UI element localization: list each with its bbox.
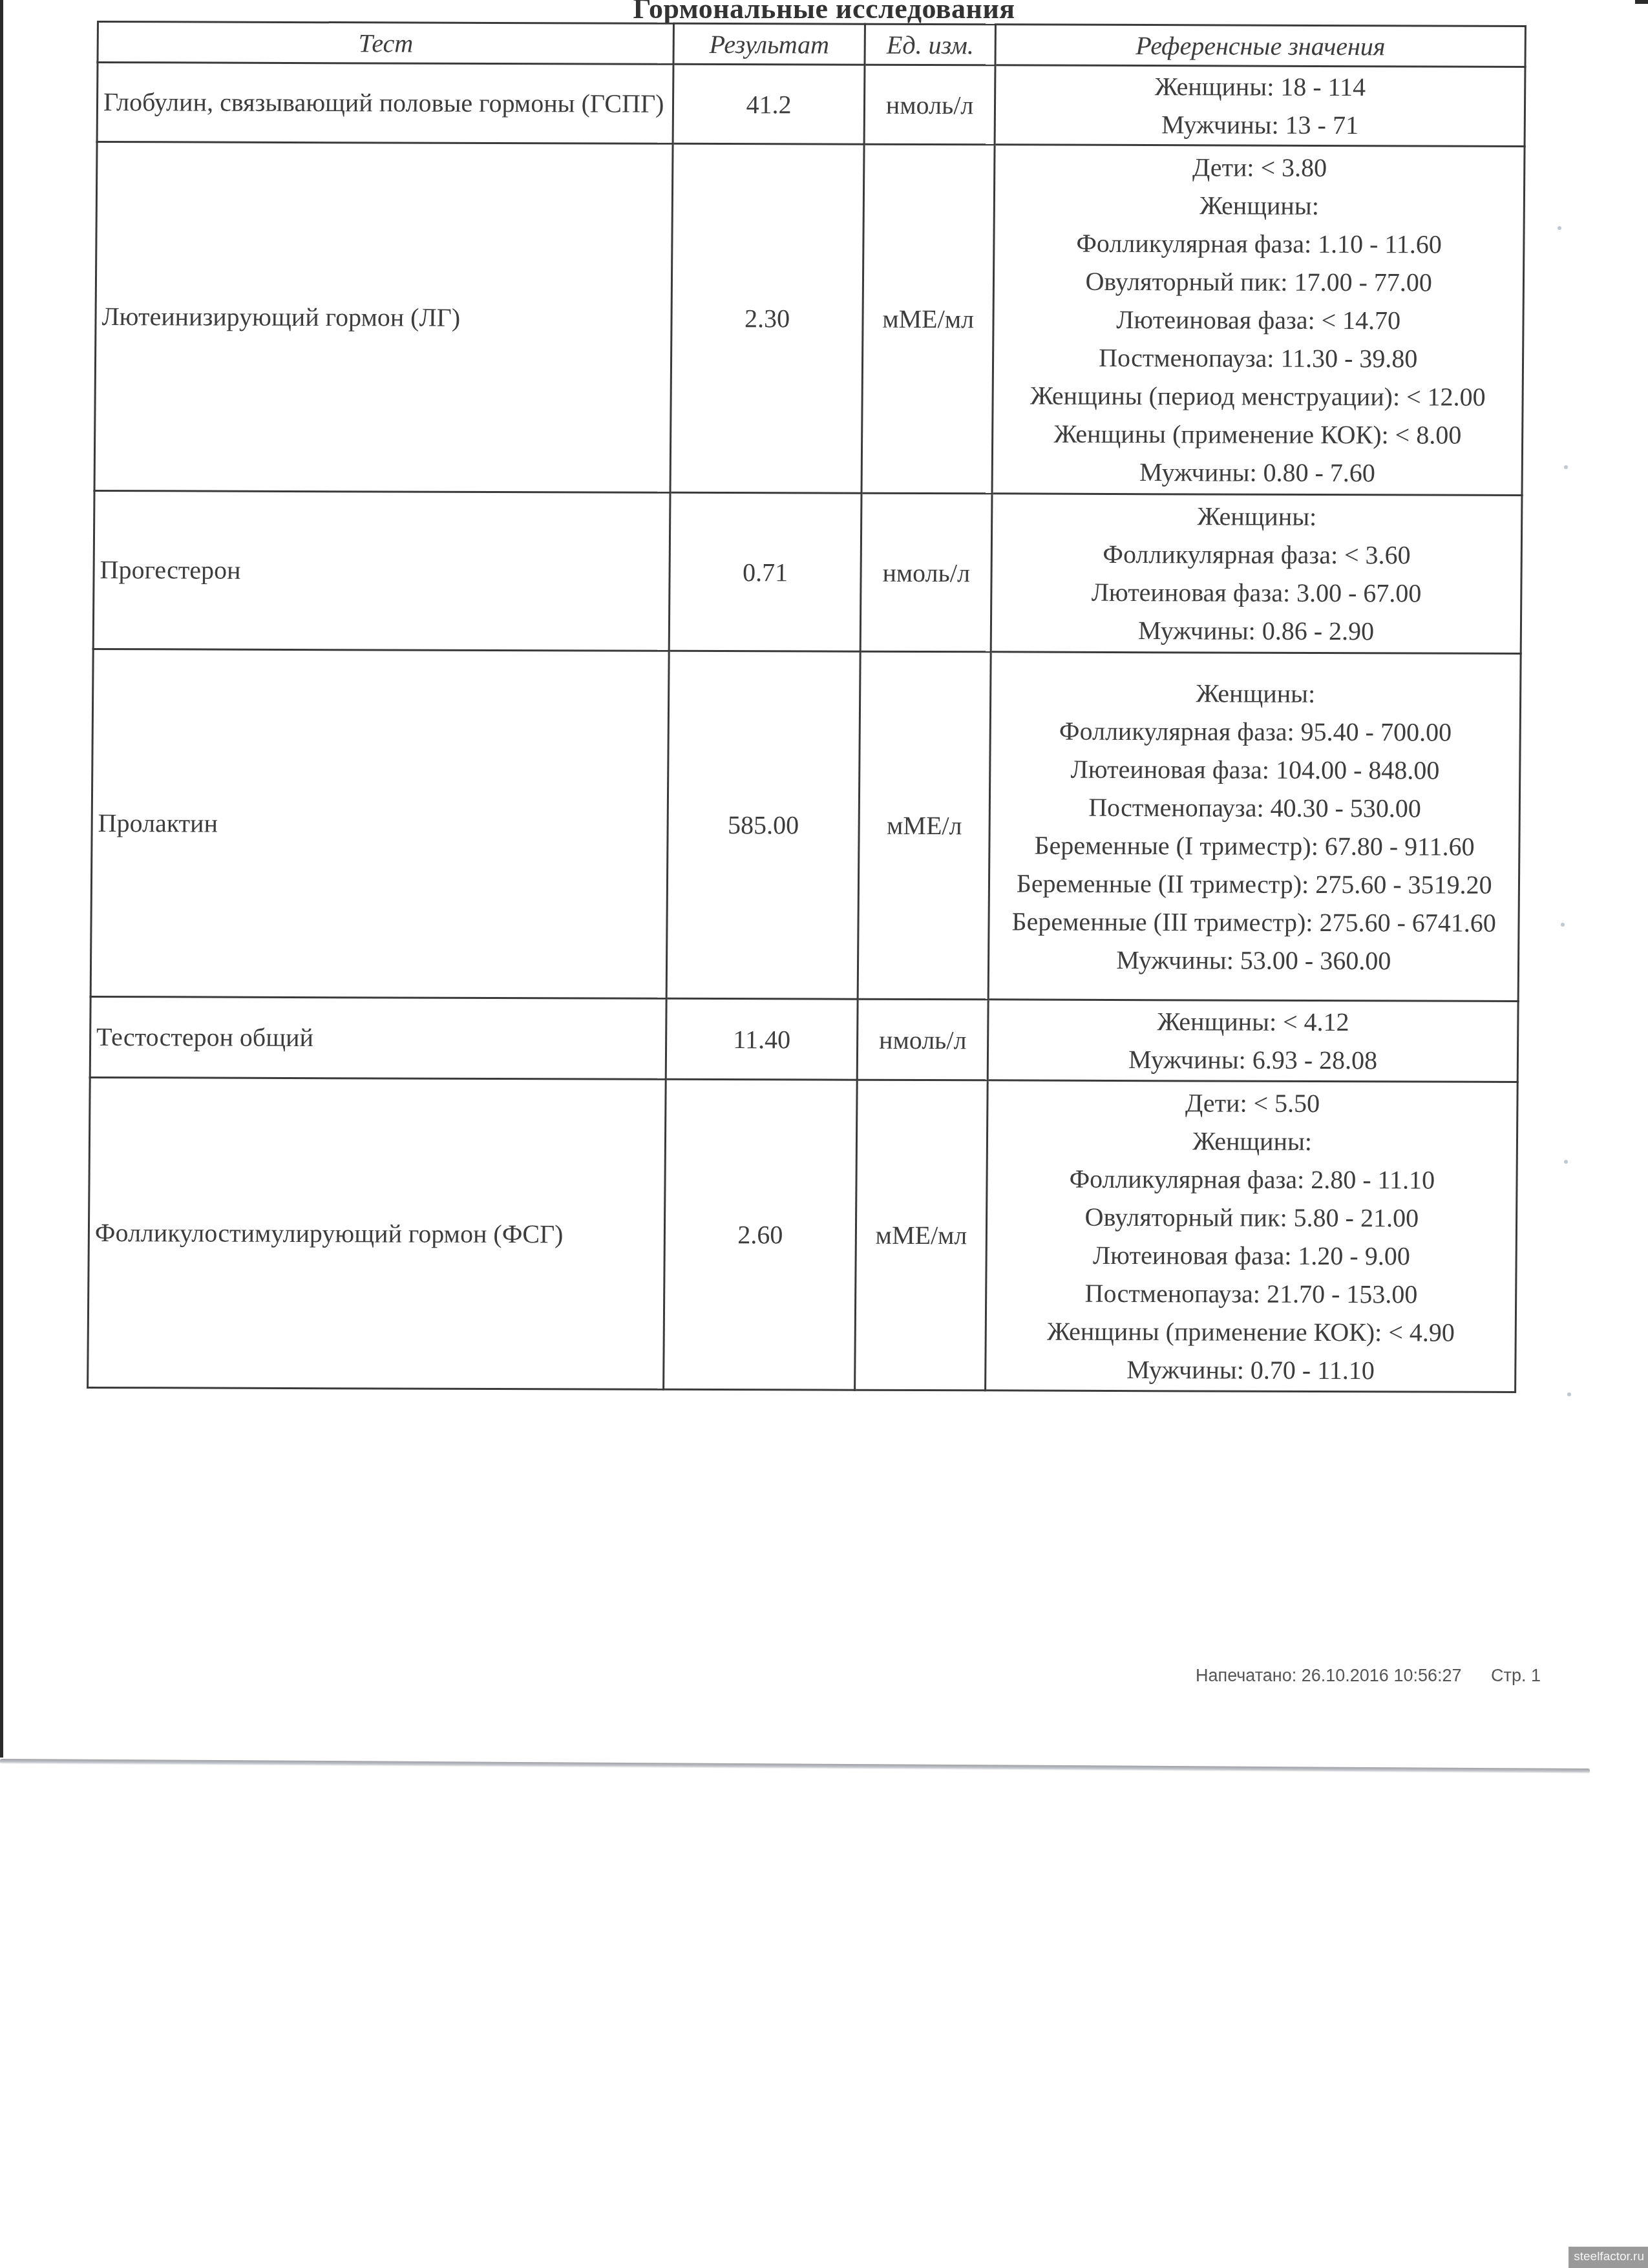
test-result: 585.00 xyxy=(666,651,860,999)
table-body: Глобулин, связывающий половые гормоны (Г… xyxy=(88,63,1525,1392)
reference-line: Женщины (применение КОК): < 4.90 xyxy=(987,1312,1515,1352)
reference-line: Мужчины: 0.80 - 7.60 xyxy=(993,452,1521,492)
table-row: Прогестерон0.71нмоль/лЖенщины:Фолликуляр… xyxy=(93,491,1522,654)
scanned-page-edge xyxy=(0,1759,1590,1774)
test-name: Тестостерон общий xyxy=(90,996,666,1079)
table-row: Глобулин, связывающий половые гормоны (Г… xyxy=(97,63,1525,147)
scan-speck xyxy=(1567,1392,1571,1396)
reference-line: Дети: < 3.80 xyxy=(996,147,1524,187)
test-name: Пролактин xyxy=(90,649,669,998)
test-name: Фолликулостимулирующий гормон (ФСГ) xyxy=(88,1077,666,1389)
table-row: Фолликулостимулирующий гормон (ФСГ)2.60м… xyxy=(88,1077,1518,1392)
print-footer: Напечатано: 26.10.2016 10:56:27 Стр. 1 xyxy=(1196,1666,1541,1686)
table-row: Пролактин585.00мМЕ/лЖенщины:Фолликулярна… xyxy=(90,649,1521,1001)
table-header-row: Тест Результат Ед. изм. Референсные знач… xyxy=(98,22,1525,67)
reference-line: Беременные (III триместр): 275.60 - 6741… xyxy=(990,902,1518,942)
reference-line: Постменопауза: 11.30 - 39.80 xyxy=(994,338,1522,378)
reference-line: Лютеиновая фаза: 1.20 - 9.00 xyxy=(988,1235,1516,1276)
reference-line: Женщины: 18 - 114 xyxy=(996,67,1524,107)
watermark: steelfactor.ru xyxy=(1569,2247,1648,2268)
test-unit: нмоль/л xyxy=(864,65,996,145)
reference-line: Лютеиновая фаза: 3.00 - 67.00 xyxy=(993,572,1521,613)
test-result: 2.60 xyxy=(664,1079,857,1390)
reference-line: Фолликулярная фаза: 95.40 - 700.00 xyxy=(991,711,1519,751)
column-header-reference: Референсные значения xyxy=(995,25,1525,67)
reference-line: Мужчины: 13 - 71 xyxy=(996,105,1524,145)
reference-line: Дети: < 5.50 xyxy=(989,1083,1517,1123)
reference-line: Женщины: xyxy=(988,1121,1516,1161)
reference-line: Фолликулярная фаза: 2.80 - 11.10 xyxy=(988,1159,1516,1199)
reference-line: Фолликулярная фаза: 1.10 - 11.60 xyxy=(995,224,1523,264)
reference-values: Дети: < 5.50Женщины:Фолликулярная фаза: … xyxy=(986,1080,1517,1392)
test-result: 0.71 xyxy=(669,492,861,651)
reference-values: Женщины: 18 - 114Мужчины: 13 - 71 xyxy=(995,65,1525,147)
test-name: Глобулин, связывающий половые гормоны (Г… xyxy=(97,63,673,144)
reference-line: Беременные (II триместр): 275.60 - 3519.… xyxy=(990,864,1518,904)
column-header-result: Результат xyxy=(673,23,865,65)
scan-speck xyxy=(1564,1160,1568,1164)
reference-line: Женщины: < 4.12 xyxy=(989,1002,1517,1042)
reference-values: Женщины: < 4.12Мужчины: 6.93 - 28.08 xyxy=(988,1000,1518,1082)
reference-line: Овуляторный пик: 17.00 - 77.00 xyxy=(995,262,1523,302)
scan-speck xyxy=(1564,465,1568,469)
test-unit: мМЕ/мл xyxy=(861,144,995,494)
table-row: Лютеинизирующий гормон (ЛГ)2.30мМЕ/млДет… xyxy=(94,142,1525,496)
reference-line: Лютеиновая фаза: 104.00 - 848.00 xyxy=(991,750,1519,790)
reference-line: Мужчины: 6.93 - 28.08 xyxy=(989,1040,1517,1080)
test-unit: нмоль/л xyxy=(857,999,989,1080)
reference-line: Мужчины: 0.70 - 11.10 xyxy=(987,1350,1515,1390)
reference-line: Мужчины: 53.00 - 360.00 xyxy=(989,940,1517,980)
reference-values: Женщины:Фолликулярная фаза: 95.40 - 700.… xyxy=(989,652,1521,1002)
test-result: 2.30 xyxy=(670,143,864,493)
scan-speck xyxy=(1558,226,1561,230)
printed-timestamp: Напечатано: 26.10.2016 10:56:27 xyxy=(1196,1666,1462,1685)
test-result: 11.40 xyxy=(666,998,857,1080)
column-header-unit: Ед. изм. xyxy=(865,24,996,65)
reference-line: Фолликулярная фаза: < 3.60 xyxy=(993,534,1521,574)
test-result: 41.2 xyxy=(673,64,864,144)
column-header-test: Тест xyxy=(98,22,674,65)
reference-line: Женщины: xyxy=(991,673,1519,713)
reference-line: Овуляторный пик: 5.80 - 21.00 xyxy=(988,1197,1516,1237)
scan-speck xyxy=(1561,923,1565,927)
reference-line: Лютеиновая фаза: < 14.70 xyxy=(995,300,1523,340)
reference-values: Женщины:Фолликулярная фаза: < 3.60Лютеин… xyxy=(991,494,1522,654)
reference-line: Постменопауза: 40.30 - 530.00 xyxy=(991,788,1519,828)
scanner-edge-left xyxy=(0,0,3,1758)
page-number: Стр. 1 xyxy=(1491,1666,1541,1685)
reference-line: Женщины (применение КОК): < 8.00 xyxy=(993,414,1521,454)
test-name: Лютеинизирующий гормон (ЛГ) xyxy=(94,142,673,493)
reference-line: Женщины: xyxy=(993,496,1521,536)
hormone-results-table: Тест Результат Ед. изм. Референсные знач… xyxy=(87,21,1527,1393)
table-row: Тестостерон общий11.40нмоль/лЖенщины: < … xyxy=(90,996,1518,1082)
reference-line: Постменопауза: 21.70 - 153.00 xyxy=(987,1274,1515,1314)
test-unit: мМЕ/мл xyxy=(854,1080,988,1391)
test-unit: нмоль/л xyxy=(860,493,992,652)
reference-values: Дети: < 3.80Женщины:Фолликулярная фаза: … xyxy=(992,145,1525,496)
test-unit: мМЕ/л xyxy=(858,651,991,1000)
reference-line: Женщины: xyxy=(995,185,1523,226)
test-name: Прогестерон xyxy=(93,491,670,651)
reference-line: Женщины (период менструации): < 12.00 xyxy=(994,376,1522,416)
reference-line: Мужчины: 0.86 - 2.90 xyxy=(992,611,1520,651)
reference-line: Беременные (I триместр): 67.80 - 911.60 xyxy=(991,826,1519,866)
